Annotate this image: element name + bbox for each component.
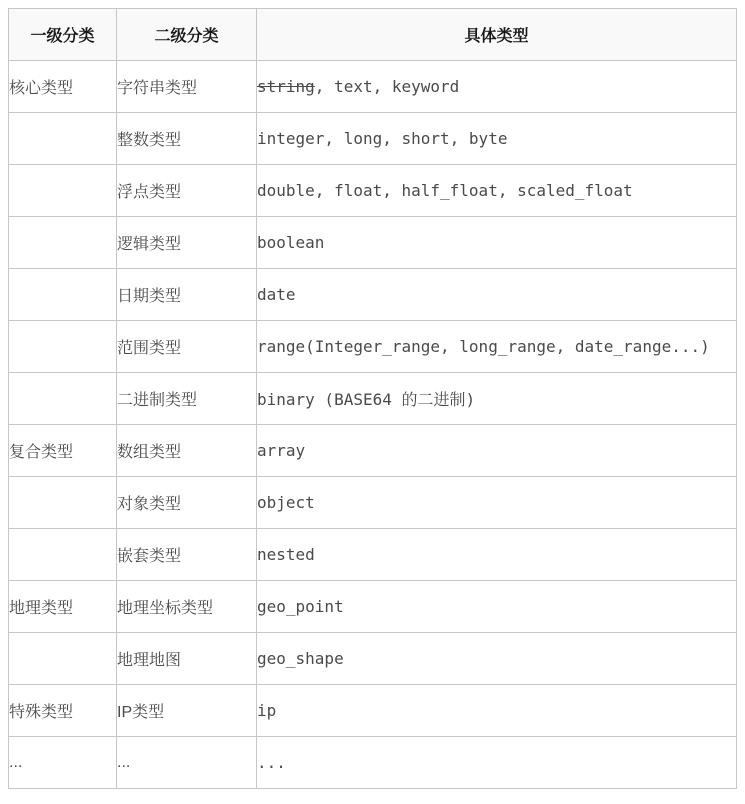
table-row: 地理类型 地理坐标类型 geo_point: [9, 581, 737, 633]
header-level1-category: 一级分类: [9, 9, 117, 61]
level1-category-cell: [9, 529, 117, 581]
table-header: 一级分类 二级分类 具体类型: [9, 9, 737, 61]
table-row: 浮点类型 double, float, half_float, scaled_f…: [9, 165, 737, 217]
level1-category-cell: 核心类型: [9, 61, 117, 113]
table-row: 复合类型 数组类型 array: [9, 425, 737, 477]
specific-type-cell: binary (BASE64 的二进制): [257, 373, 737, 425]
table-row: 日期类型 date: [9, 269, 737, 321]
level1-category-cell: [9, 321, 117, 373]
type-text: , text, keyword: [315, 77, 460, 96]
level1-category-cell: 地理类型: [9, 581, 117, 633]
specific-type-cell: boolean: [257, 217, 737, 269]
table-row: 特殊类型 IP类型 ip: [9, 685, 737, 737]
table-row: 对象类型 object: [9, 477, 737, 529]
page-content: 一级分类 二级分类 具体类型 核心类型 字符串类型 string, text, …: [0, 0, 745, 789]
level2-category-cell: 整数类型: [117, 113, 257, 165]
specific-type-cell: geo_point: [257, 581, 737, 633]
table-row: 二进制类型 binary (BASE64 的二进制): [9, 373, 737, 425]
level1-category-cell: [9, 165, 117, 217]
level2-category-cell: 日期类型: [117, 269, 257, 321]
level2-category-cell: 数组类型: [117, 425, 257, 477]
level2-category-cell: IP类型: [117, 685, 257, 737]
specific-type-cell: nested: [257, 529, 737, 581]
table-row: 嵌套类型 nested: [9, 529, 737, 581]
level1-category-cell: [9, 373, 117, 425]
specific-type-cell: string, text, keyword: [257, 61, 737, 113]
level2-category-cell: ...: [117, 737, 257, 789]
level1-category-cell: 复合类型: [9, 425, 117, 477]
header-specific-type: 具体类型: [257, 9, 737, 61]
level1-category-cell: [9, 633, 117, 685]
level2-category-cell: 浮点类型: [117, 165, 257, 217]
specific-type-cell: double, float, half_float, scaled_float: [257, 165, 737, 217]
datatypes-table: 一级分类 二级分类 具体类型 核心类型 字符串类型 string, text, …: [8, 8, 737, 789]
table-row: 逻辑类型 boolean: [9, 217, 737, 269]
level2-category-cell: 对象类型: [117, 477, 257, 529]
level1-category-cell: [9, 269, 117, 321]
specific-type-cell: object: [257, 477, 737, 529]
table-body: 核心类型 字符串类型 string, text, keyword 整数类型 in…: [9, 61, 737, 789]
header-level2-category: 二级分类: [117, 9, 257, 61]
specific-type-cell: ip: [257, 685, 737, 737]
deprecated-type-text: string: [257, 77, 315, 96]
level1-category-cell: [9, 217, 117, 269]
level2-category-cell: 嵌套类型: [117, 529, 257, 581]
level2-category-cell: 字符串类型: [117, 61, 257, 113]
table-row: 范围类型 range(Integer_range, long_range, da…: [9, 321, 737, 373]
level1-category-cell: [9, 113, 117, 165]
level2-category-cell: 地理坐标类型: [117, 581, 257, 633]
level2-category-cell: 二进制类型: [117, 373, 257, 425]
level1-category-cell: ...: [9, 737, 117, 789]
level2-category-cell: 地理地图: [117, 633, 257, 685]
table-row: ... ... ...: [9, 737, 737, 789]
specific-type-cell: array: [257, 425, 737, 477]
table-row: 核心类型 字符串类型 string, text, keyword: [9, 61, 737, 113]
table-row: 地理地图 geo_shape: [9, 633, 737, 685]
table-row: 整数类型 integer, long, short, byte: [9, 113, 737, 165]
level2-category-cell: 范围类型: [117, 321, 257, 373]
level1-category-cell: 特殊类型: [9, 685, 117, 737]
specific-type-cell: geo_shape: [257, 633, 737, 685]
level1-category-cell: [9, 477, 117, 529]
specific-type-cell: integer, long, short, byte: [257, 113, 737, 165]
specific-type-cell: date: [257, 269, 737, 321]
specific-type-cell: ...: [257, 737, 737, 789]
specific-type-cell: range(Integer_range, long_range, date_ra…: [257, 321, 737, 373]
level2-category-cell: 逻辑类型: [117, 217, 257, 269]
header-row: 一级分类 二级分类 具体类型: [9, 9, 737, 61]
